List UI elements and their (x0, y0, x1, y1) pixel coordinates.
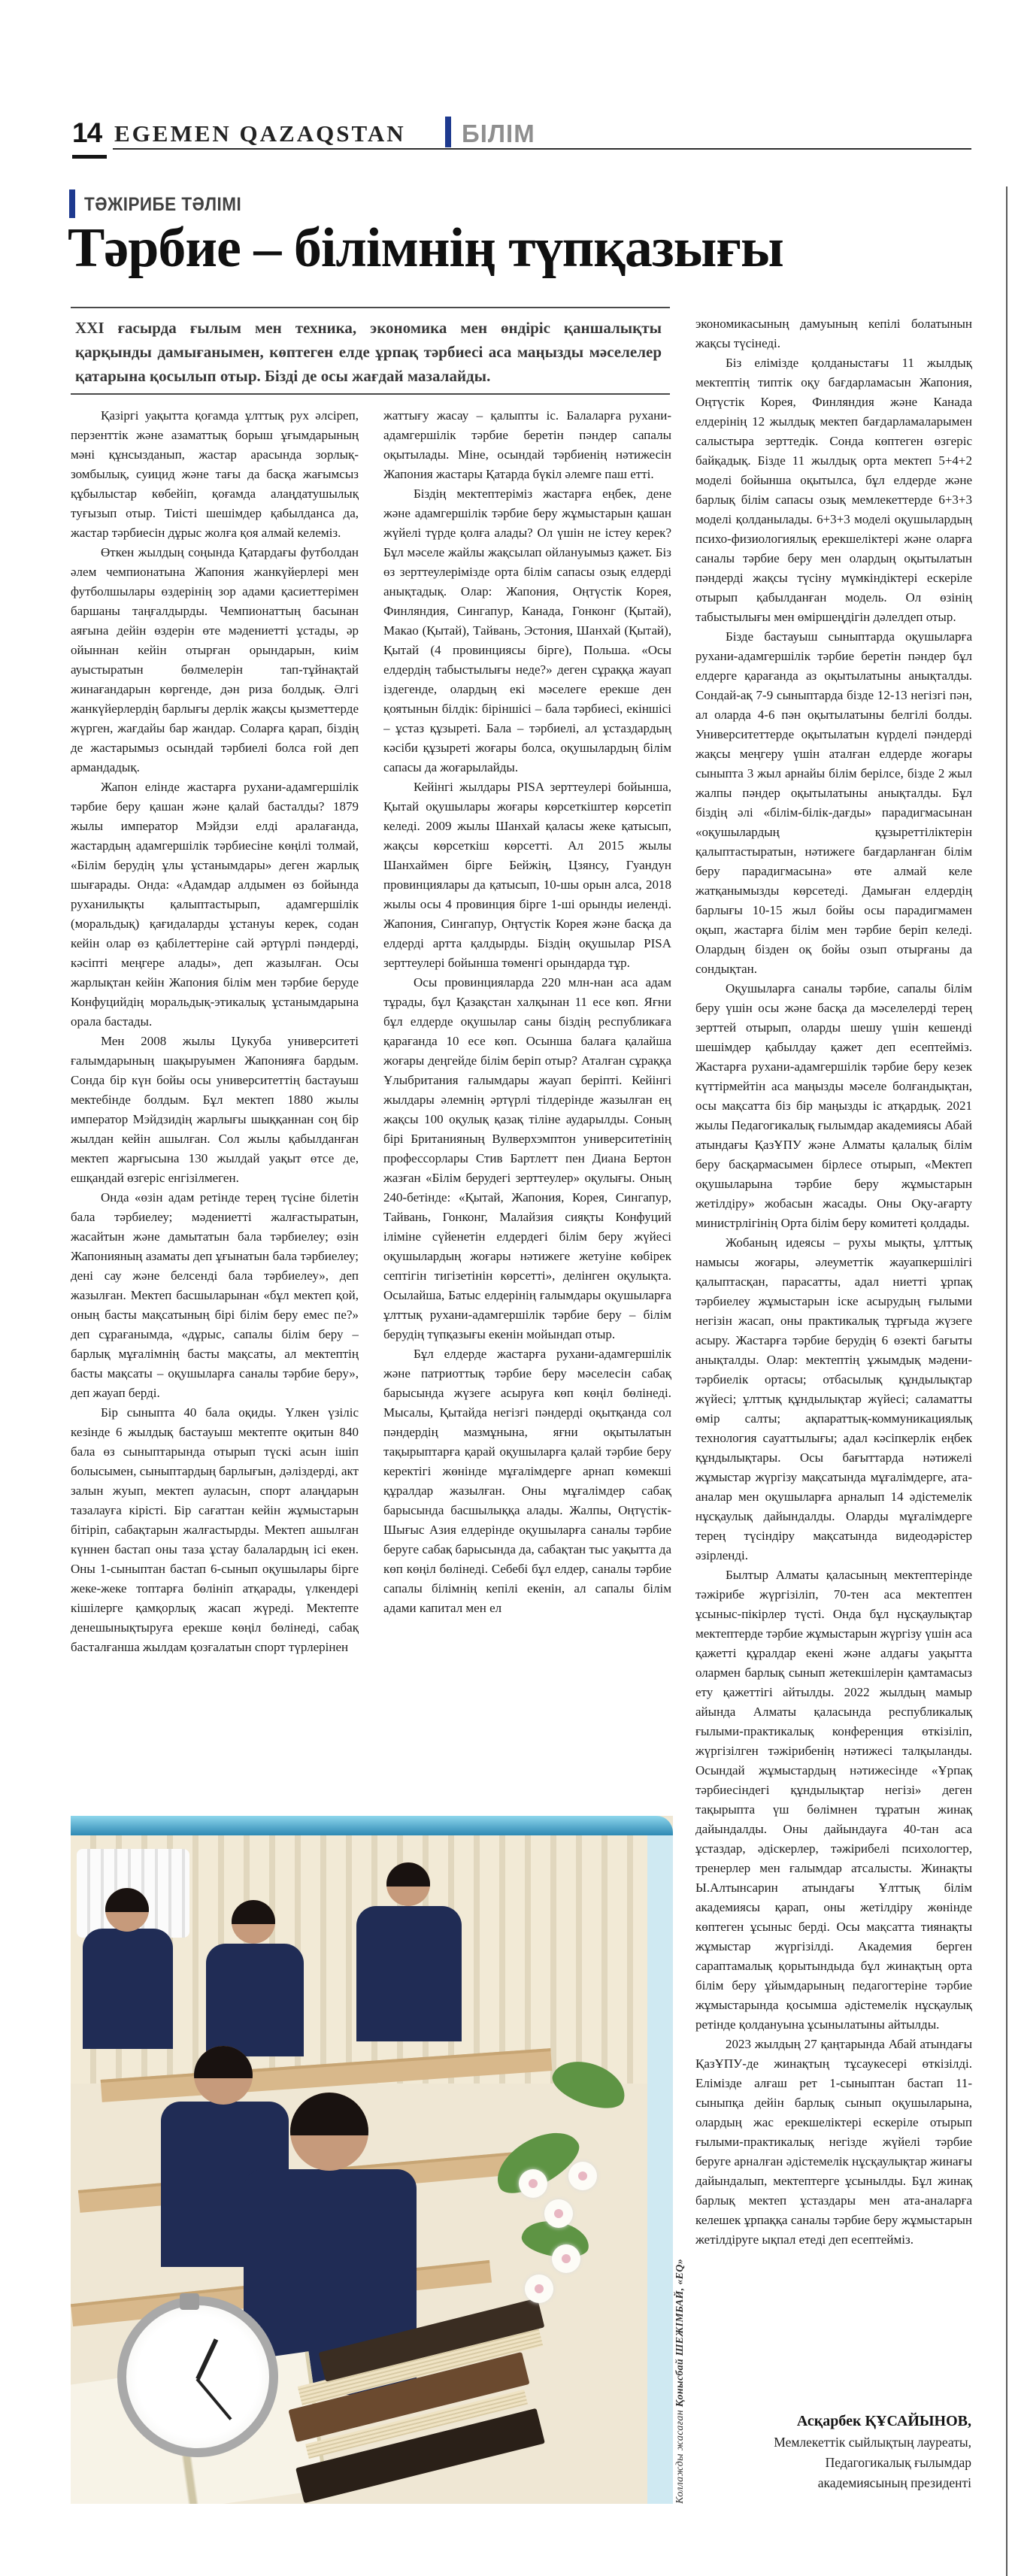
page-number-underline (72, 155, 107, 159)
pupil-head (232, 1900, 275, 1944)
pupil (356, 1906, 462, 2041)
body-paragraph: Біздің мектептеріміз жастарға еңбек, ден… (383, 484, 671, 777)
blossom (525, 2274, 553, 2303)
pupil-head (194, 2046, 253, 2105)
pupil-head (290, 2093, 368, 2171)
body-paragraph: Жапон елінде жастарға рухани-адамгершілі… (71, 777, 359, 1032)
body-paragraph: жаттығу жасау – қалыпты іс. Балаларға ру… (383, 406, 671, 484)
body-paragraph: Өткен жылдың соңында Қатардағы футболдан… (71, 543, 359, 777)
body-paragraph: Біз елімізде қолданыстағы 11 жылдық мект… (695, 353, 972, 627)
photo-credit-prefix: Коллажды жасаған (674, 2407, 686, 2504)
body-column-2: жаттығу жасау – қалыпты іс. Балаларға ру… (383, 406, 671, 1809)
author-title-2: Педагогикалық ғылымдар (647, 2453, 971, 2473)
header-rule (113, 148, 971, 150)
body-paragraph: Мен 2008 жылы Цукуба университеті ғалымд… (71, 1032, 359, 1188)
watch-crown (180, 2293, 199, 2310)
body-column-1: Қазіргі уақытта қоғамда ұлттық рух әлсір… (71, 406, 359, 1809)
blossom (519, 2169, 547, 2198)
kicker: ТӘЖІРИБЕ ТӘЛІМІ (84, 194, 241, 216)
body-paragraph: Осы провинцияларда 220 млн-нан аса адам … (383, 973, 671, 1344)
page-number: 14 (72, 117, 102, 149)
smartboard-top-edge (71, 1816, 673, 1835)
body-paragraph: Жобаның идеясы – рухы мықты, ұлттық намы… (695, 1233, 972, 1565)
author-title-1: Мемлекеттік сыйлықтың лауреаты, (647, 2432, 971, 2453)
blossom (544, 2199, 573, 2228)
body-paragraph: Бір сыныпта 40 бала оқиды. Үлкен үзіліс … (71, 1403, 359, 1657)
article-photo-collage (71, 1816, 673, 2504)
author-name: Асқарбек ҚҰСАЙЫНОВ, (647, 2410, 971, 2432)
blossom (552, 2244, 580, 2273)
pupil-head (105, 1888, 149, 1932)
pupil (83, 1929, 173, 2049)
body-paragraph: Оқушыларға саналы тәрбие, сапалы білім б… (695, 979, 972, 1233)
headline: Тәрбие – білімнің түпқазығы (68, 217, 783, 280)
lead-rule-bottom (71, 393, 670, 395)
body-paragraph: Былтыр Алматы қаласының мектептерінде тә… (695, 1565, 972, 2035)
page-edge-line (1006, 186, 1007, 2576)
body-paragraph: Бізде бастауыш сыныптарда оқушыларға рух… (695, 627, 972, 979)
body-paragraph: Қазіргі уақытта қоғамда ұлттық рух әлсір… (71, 406, 359, 543)
photo-credit: Коллажды жасаған Қонысбай ШЕЖІМБАЙ, «EQ» (674, 1816, 694, 2504)
section-label: БІЛІМ (462, 120, 535, 148)
body-paragraph: Кейінгі жылдары PISA зерттеулері бойынша… (383, 777, 671, 973)
pocket-watch (117, 2296, 278, 2457)
masthead: EGEMEN QAZAQSTAN (114, 120, 406, 147)
body-paragraph: экономикасының дамуының кепілі болатынын… (695, 314, 972, 353)
author-title-3: академиясының президенті (647, 2473, 971, 2493)
section-accent-bar (445, 117, 451, 147)
lead-rule-top (71, 307, 670, 308)
author-block: Асқарбек ҚҰСАЙЫНОВ, Мемлекеттік сыйлықты… (647, 2410, 971, 2493)
pupil (206, 1944, 304, 2056)
lead-paragraph: XXI ғасырда ғылым мен техника, экономика… (75, 316, 662, 388)
photo-credit-name: Қонысбай ШЕЖІМБАЙ, «EQ» (674, 2259, 686, 2407)
blossom (568, 2162, 597, 2190)
pupil-head (386, 1862, 430, 1906)
photo-right-blue-strip (647, 1835, 673, 2504)
body-paragraph: 2023 жылдың 27 қаңтарында Абай атындағы … (695, 2035, 972, 2250)
body-paragraph: Онда «өзін адам ретінде терең түсіне біл… (71, 1188, 359, 1403)
newspaper-page: 14 EGEMEN QAZAQSTAN БІЛІМ ТӘЖІРИБЕ ТӘЛІМ… (0, 0, 1009, 2576)
body-column-3: экономикасының дамуының кепілі болатынын… (695, 314, 972, 2390)
kicker-accent-bar (69, 189, 75, 218)
body-paragraph: Бұл елдерде жастарға рухани-адамгершілік… (383, 1344, 671, 1618)
